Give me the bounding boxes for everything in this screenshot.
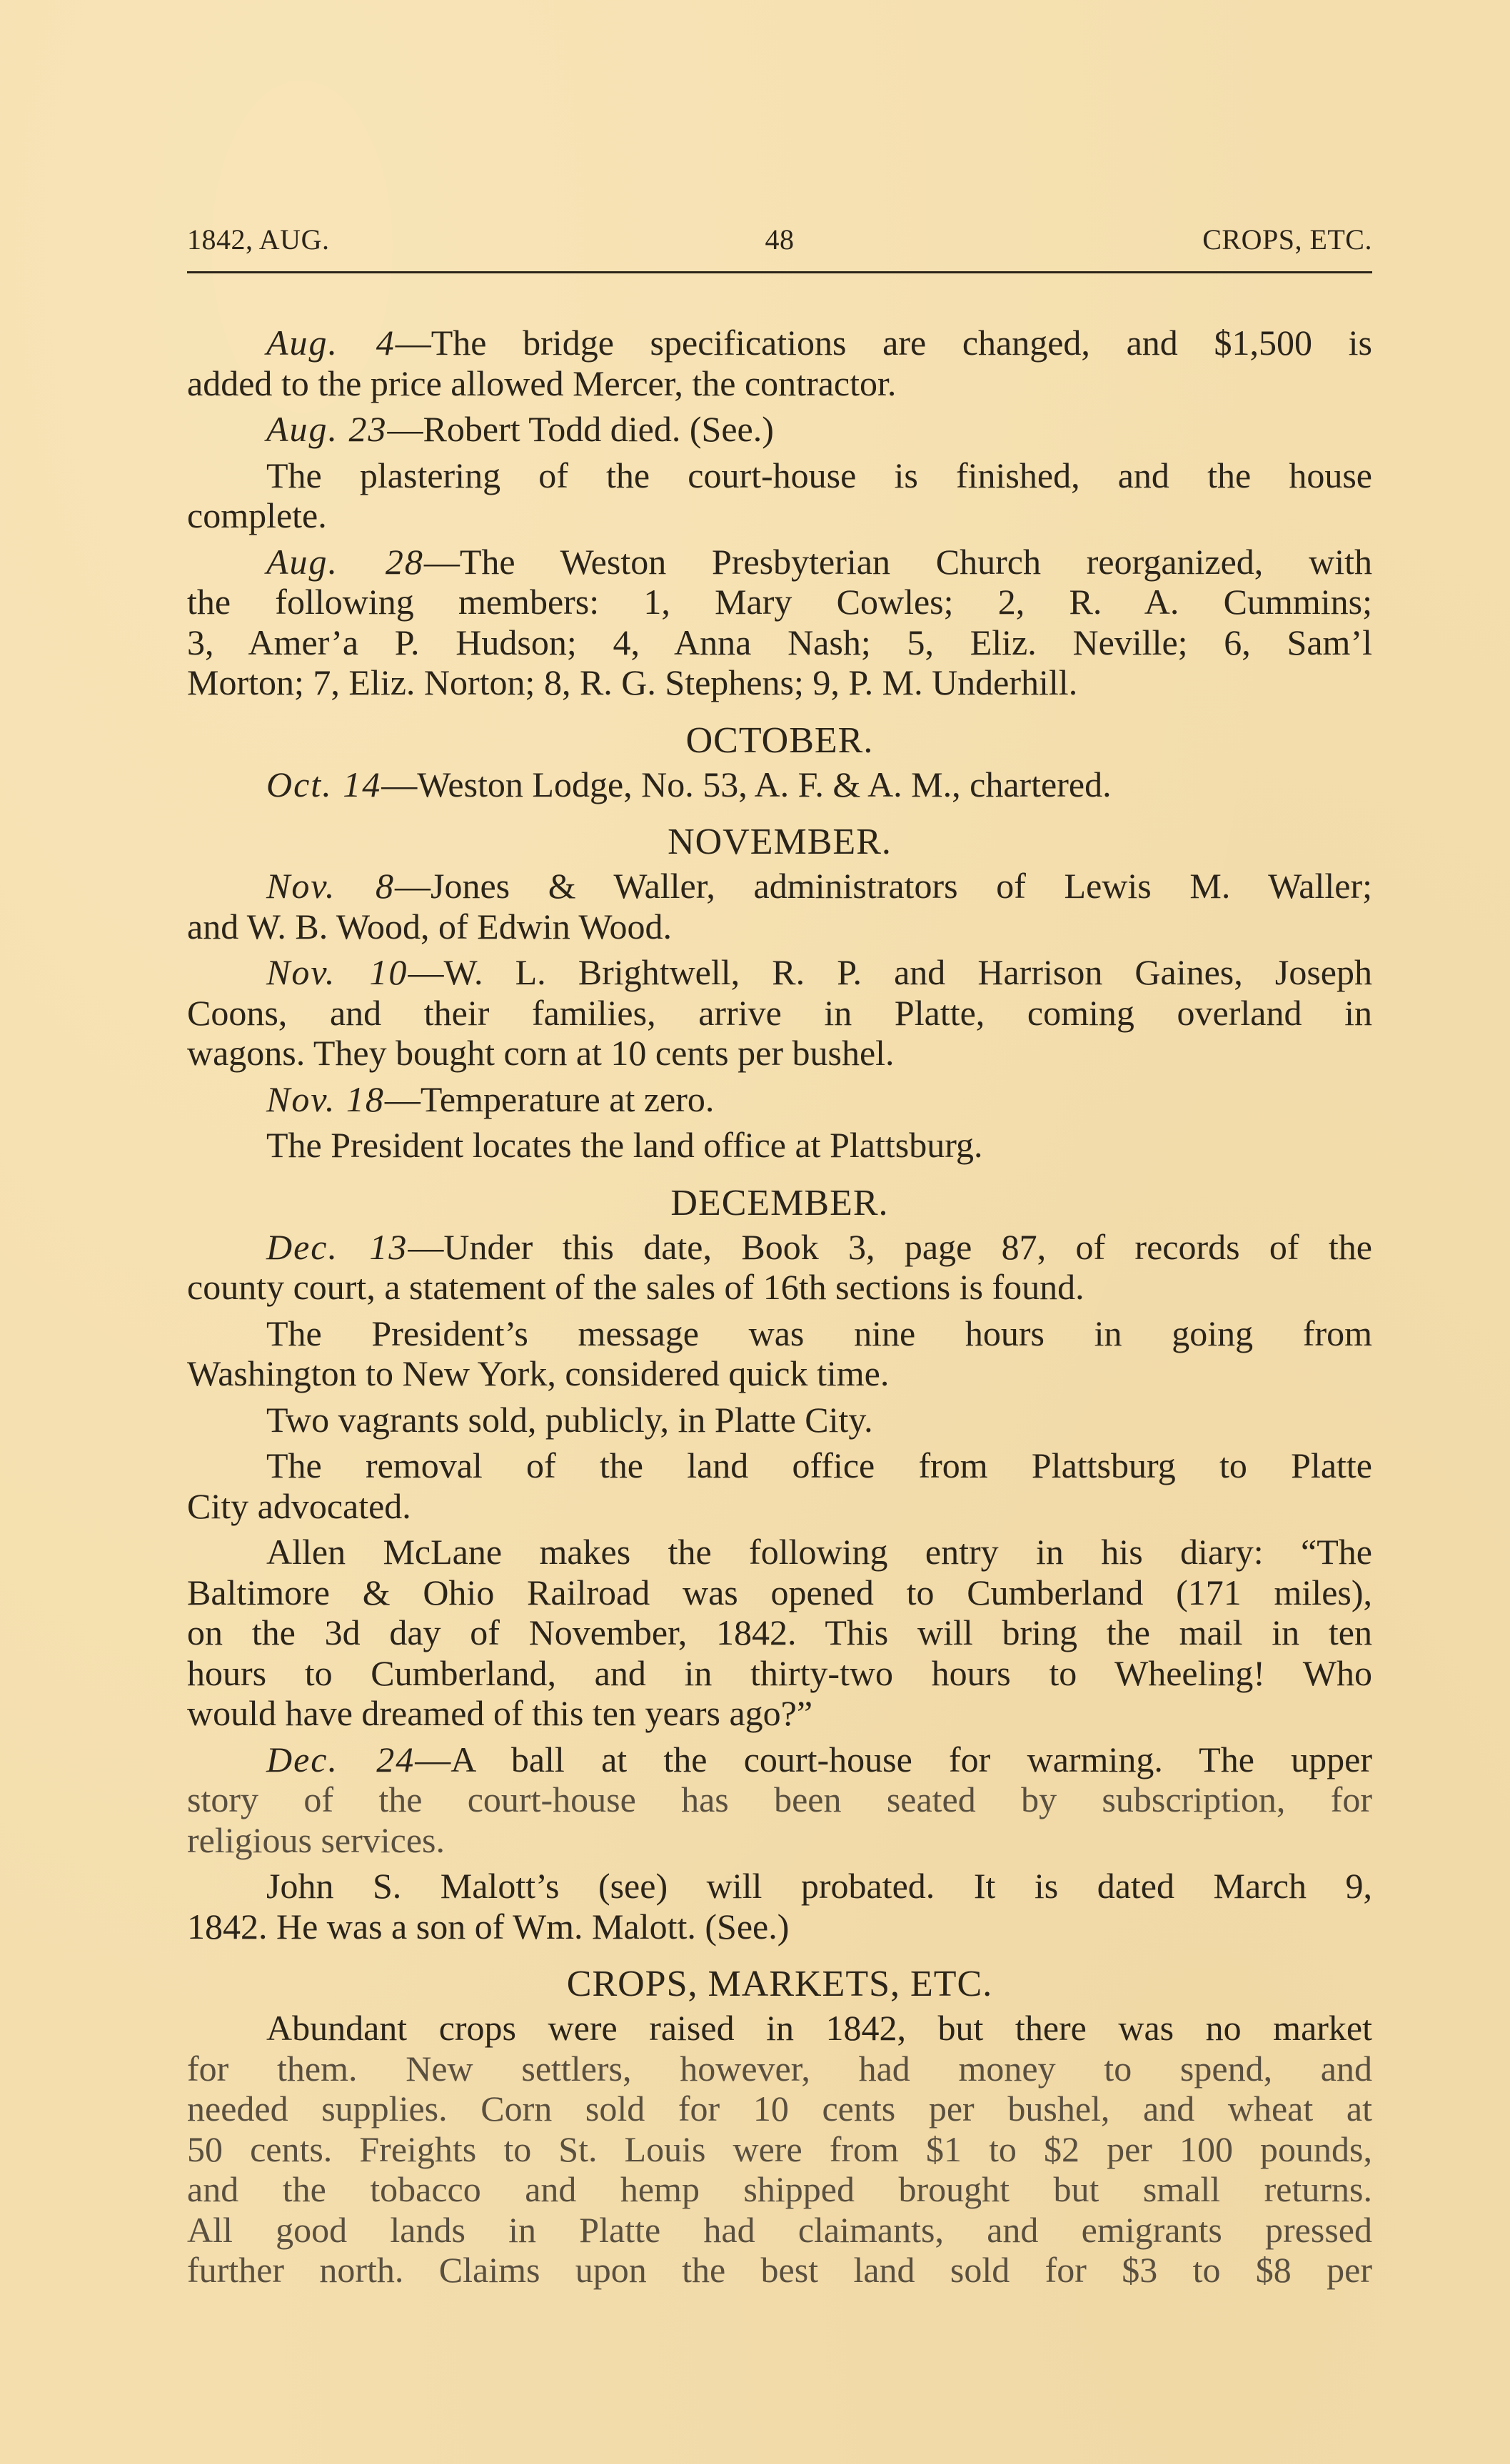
section-heading-crops-markets: CROPS, MARKETS, ETC.: [187, 1952, 1372, 2008]
text-line: Aug. 28—The Weston Presbyterian Church r…: [187, 542, 1372, 582]
text-line: The President locates the land office at…: [187, 1125, 1372, 1166]
entry-land-office: The President locates the land office at…: [187, 1125, 1372, 1166]
text-line: Nov. 10—W. L. Brightwell, R. P. and Harr…: [187, 952, 1372, 993]
text-line: Coons, and their families, arrive in Pla…: [187, 993, 1372, 1034]
text-line: and the tobacco and hemp shipped brought…: [187, 2169, 1372, 2210]
page-number: 48: [187, 223, 1372, 257]
entry-date: Nov. 10: [266, 952, 408, 992]
text-line: needed supplies. Corn sold for 10 cents …: [187, 2089, 1372, 2129]
text-line: Washington to New York, considered quick…: [187, 1353, 1372, 1394]
entry-date: Aug. 23: [266, 409, 388, 449]
text-line: story of the court-house has been seated…: [187, 1779, 1372, 1820]
text-line: The President’s message was nine hours i…: [187, 1313, 1372, 1354]
entry-date: Dec. 13: [266, 1227, 408, 1267]
text-line: Aug. 23—Robert Todd died. (See.): [187, 409, 1372, 450]
entry-presidents-message: The President’s message was nine hours i…: [187, 1313, 1372, 1394]
text-line: Morton; 7, Eliz. Norton; 8, R. G. Stephe…: [187, 662, 1372, 703]
text-line: further north. Claims upon the best land…: [187, 2250, 1372, 2291]
entry-aug-28: Aug. 28—The Weston Presbyterian Church r…: [187, 542, 1372, 703]
text-line: 1842. He was a son of Wm. Malott. (See.): [187, 1907, 1372, 1947]
entry-date: Nov. 18: [266, 1079, 385, 1119]
entry-dec-24: Dec. 24—A ball at the court-house for wa…: [187, 1740, 1372, 1861]
section-heading-december: DECEMBER.: [187, 1171, 1372, 1227]
text-line: 3, Amer’a P. Hudson; 4, Anna Nash; 5, El…: [187, 622, 1372, 663]
entry-nov-8: Nov. 8—Jones & Waller, administrators of…: [187, 866, 1372, 946]
text-line: Dec. 13—Under this date, Book 3, page 87…: [187, 1227, 1372, 1268]
entry-mclane-diary: Allen McLane makes the following entry i…: [187, 1532, 1372, 1734]
text-line: would have dreamed of this ten years ago…: [187, 1693, 1372, 1734]
text-line: county court, a statement of the sales o…: [187, 1267, 1372, 1308]
text-line: Two vagrants sold, publicly, in Platte C…: [187, 1400, 1372, 1440]
entry-oct-14: Oct. 14—Weston Lodge, No. 53, A. F. & A.…: [187, 764, 1372, 805]
text-line: 50 cents. Freights to St. Louis were fro…: [187, 2129, 1372, 2170]
entry-aug-23: Aug. 23—Robert Todd died. (See.): [187, 409, 1372, 450]
entry-malott-will: John S. Malott’s (see) will probated. It…: [187, 1866, 1372, 1947]
entry-date: Nov. 8: [266, 866, 395, 906]
entry-dec-13: Dec. 13—Under this date, Book 3, page 87…: [187, 1227, 1372, 1308]
text-line: City advocated.: [187, 1486, 1372, 1527]
text-line: wagons. They bought corn at 10 cents per…: [187, 1033, 1372, 1074]
entry-plastering: The plastering of the court-house is fin…: [187, 455, 1372, 536]
text-line: Dec. 24—A ball at the court-house for wa…: [187, 1740, 1372, 1780]
entry-vagrants: Two vagrants sold, publicly, in Platte C…: [187, 1400, 1372, 1440]
entry-date: Aug. 4: [266, 323, 396, 363]
entry-land-office-removal: The removal of the land office from Plat…: [187, 1445, 1372, 1526]
text-line: All good lands in Platte had claimants, …: [187, 2210, 1372, 2251]
text-line: on the 3d day of November, 1842. This wi…: [187, 1612, 1372, 1653]
text-line: The plastering of the court-house is fin…: [187, 455, 1372, 496]
text-line: Nov. 8—Jones & Waller, administrators of…: [187, 866, 1372, 907]
entry-date: Aug. 28: [266, 542, 424, 582]
text-line: Baltimore & Ohio Railroad was opened to …: [187, 1572, 1372, 1613]
text-line: hours to Cumberland, and in thirty-two h…: [187, 1653, 1372, 1694]
entry-nov-18: Nov. 18—Temperature at zero.: [187, 1079, 1372, 1120]
entry-aug-4: Aug. 4—The bridge specifications are cha…: [187, 323, 1372, 403]
text-line: Aug. 4—The bridge specifications are cha…: [187, 323, 1372, 363]
text-line: Nov. 18—Temperature at zero.: [187, 1079, 1372, 1120]
text-line: The removal of the land office from Plat…: [187, 1445, 1372, 1486]
entry-date: Dec. 24: [266, 1740, 415, 1779]
page-body: Aug. 4—The bridge specifications are cha…: [187, 323, 1372, 2296]
text-line: Oct. 14—Weston Lodge, No. 53, A. F. & A.…: [187, 764, 1372, 805]
entry-crops-markets: Abundant crops were raised in 1842, but …: [187, 2008, 1372, 2291]
entry-nov-10: Nov. 10—W. L. Brightwell, R. P. and Harr…: [187, 952, 1372, 1074]
text-line: complete.: [187, 495, 1372, 536]
text-line: the following members: 1, Mary Cowles; 2…: [187, 582, 1372, 622]
text-line: religious services.: [187, 1820, 1372, 1861]
header-rule: [187, 271, 1372, 273]
text-line: and W. B. Wood, of Edwin Wood.: [187, 907, 1372, 947]
text-line: Allen McLane makes the following entry i…: [187, 1532, 1372, 1572]
text-line: John S. Malott’s (see) will probated. It…: [187, 1866, 1372, 1907]
entry-date: Oct. 14: [266, 764, 381, 804]
section-heading-october: OCTOBER.: [187, 709, 1372, 764]
running-head: 1842, AUG. 48 CROPS, ETC.: [187, 223, 1372, 257]
running-head-section: CROPS, ETC.: [1202, 223, 1372, 257]
text-line: added to the price allowed Mercer, the c…: [187, 363, 1372, 404]
text-line: for them. New settlers, however, had mon…: [187, 2049, 1372, 2089]
section-heading-november: NOVEMBER.: [187, 810, 1372, 866]
text-line: Abundant crops were raised in 1842, but …: [187, 2008, 1372, 2049]
